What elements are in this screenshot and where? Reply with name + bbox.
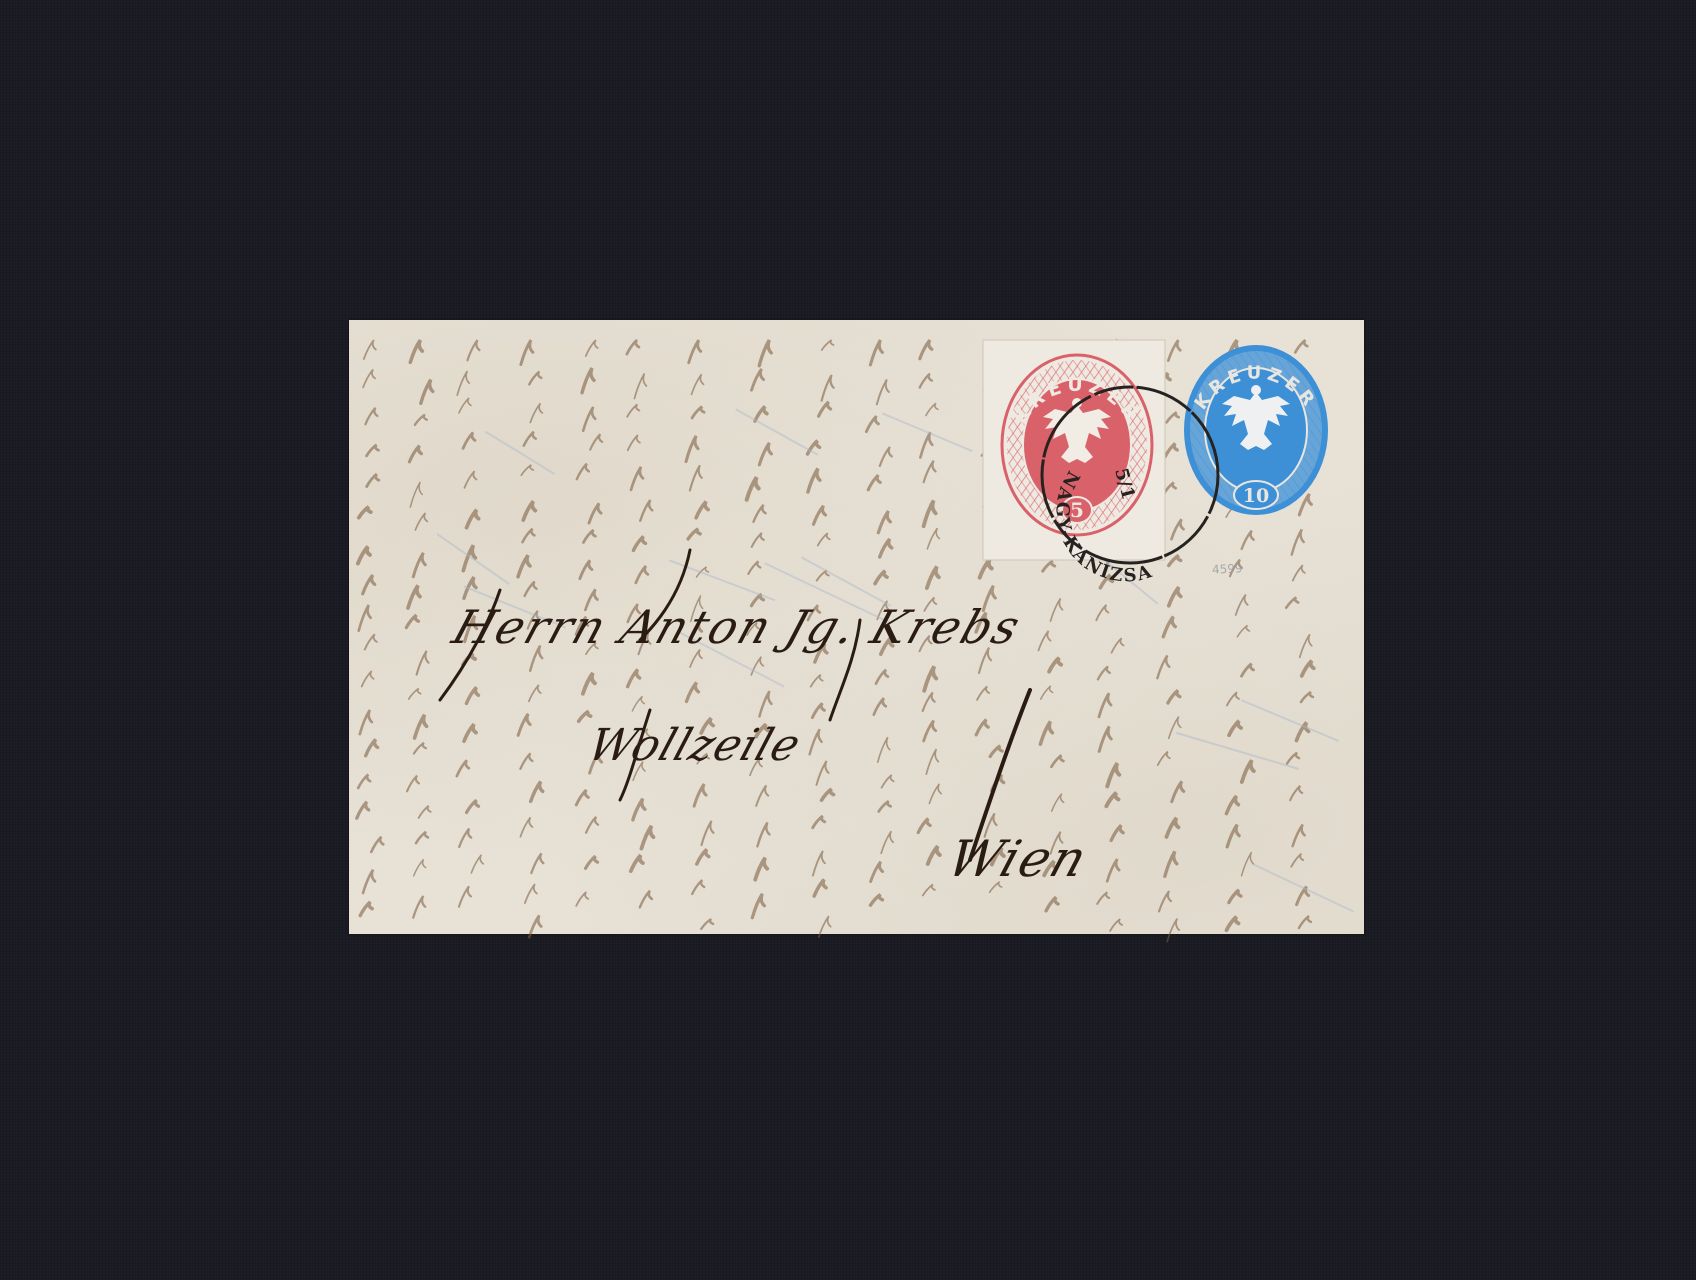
svg-text:10: 10 (1243, 485, 1269, 507)
background-letter-writing (357, 340, 1314, 942)
cover-artwork: KREUZER 5 KREUZER 10 NAGY-KANIZSA 5/1 (0, 0, 1696, 1280)
address-flourishes (440, 550, 1030, 860)
pencil-catalog-note: 4599 (1212, 561, 1243, 577)
